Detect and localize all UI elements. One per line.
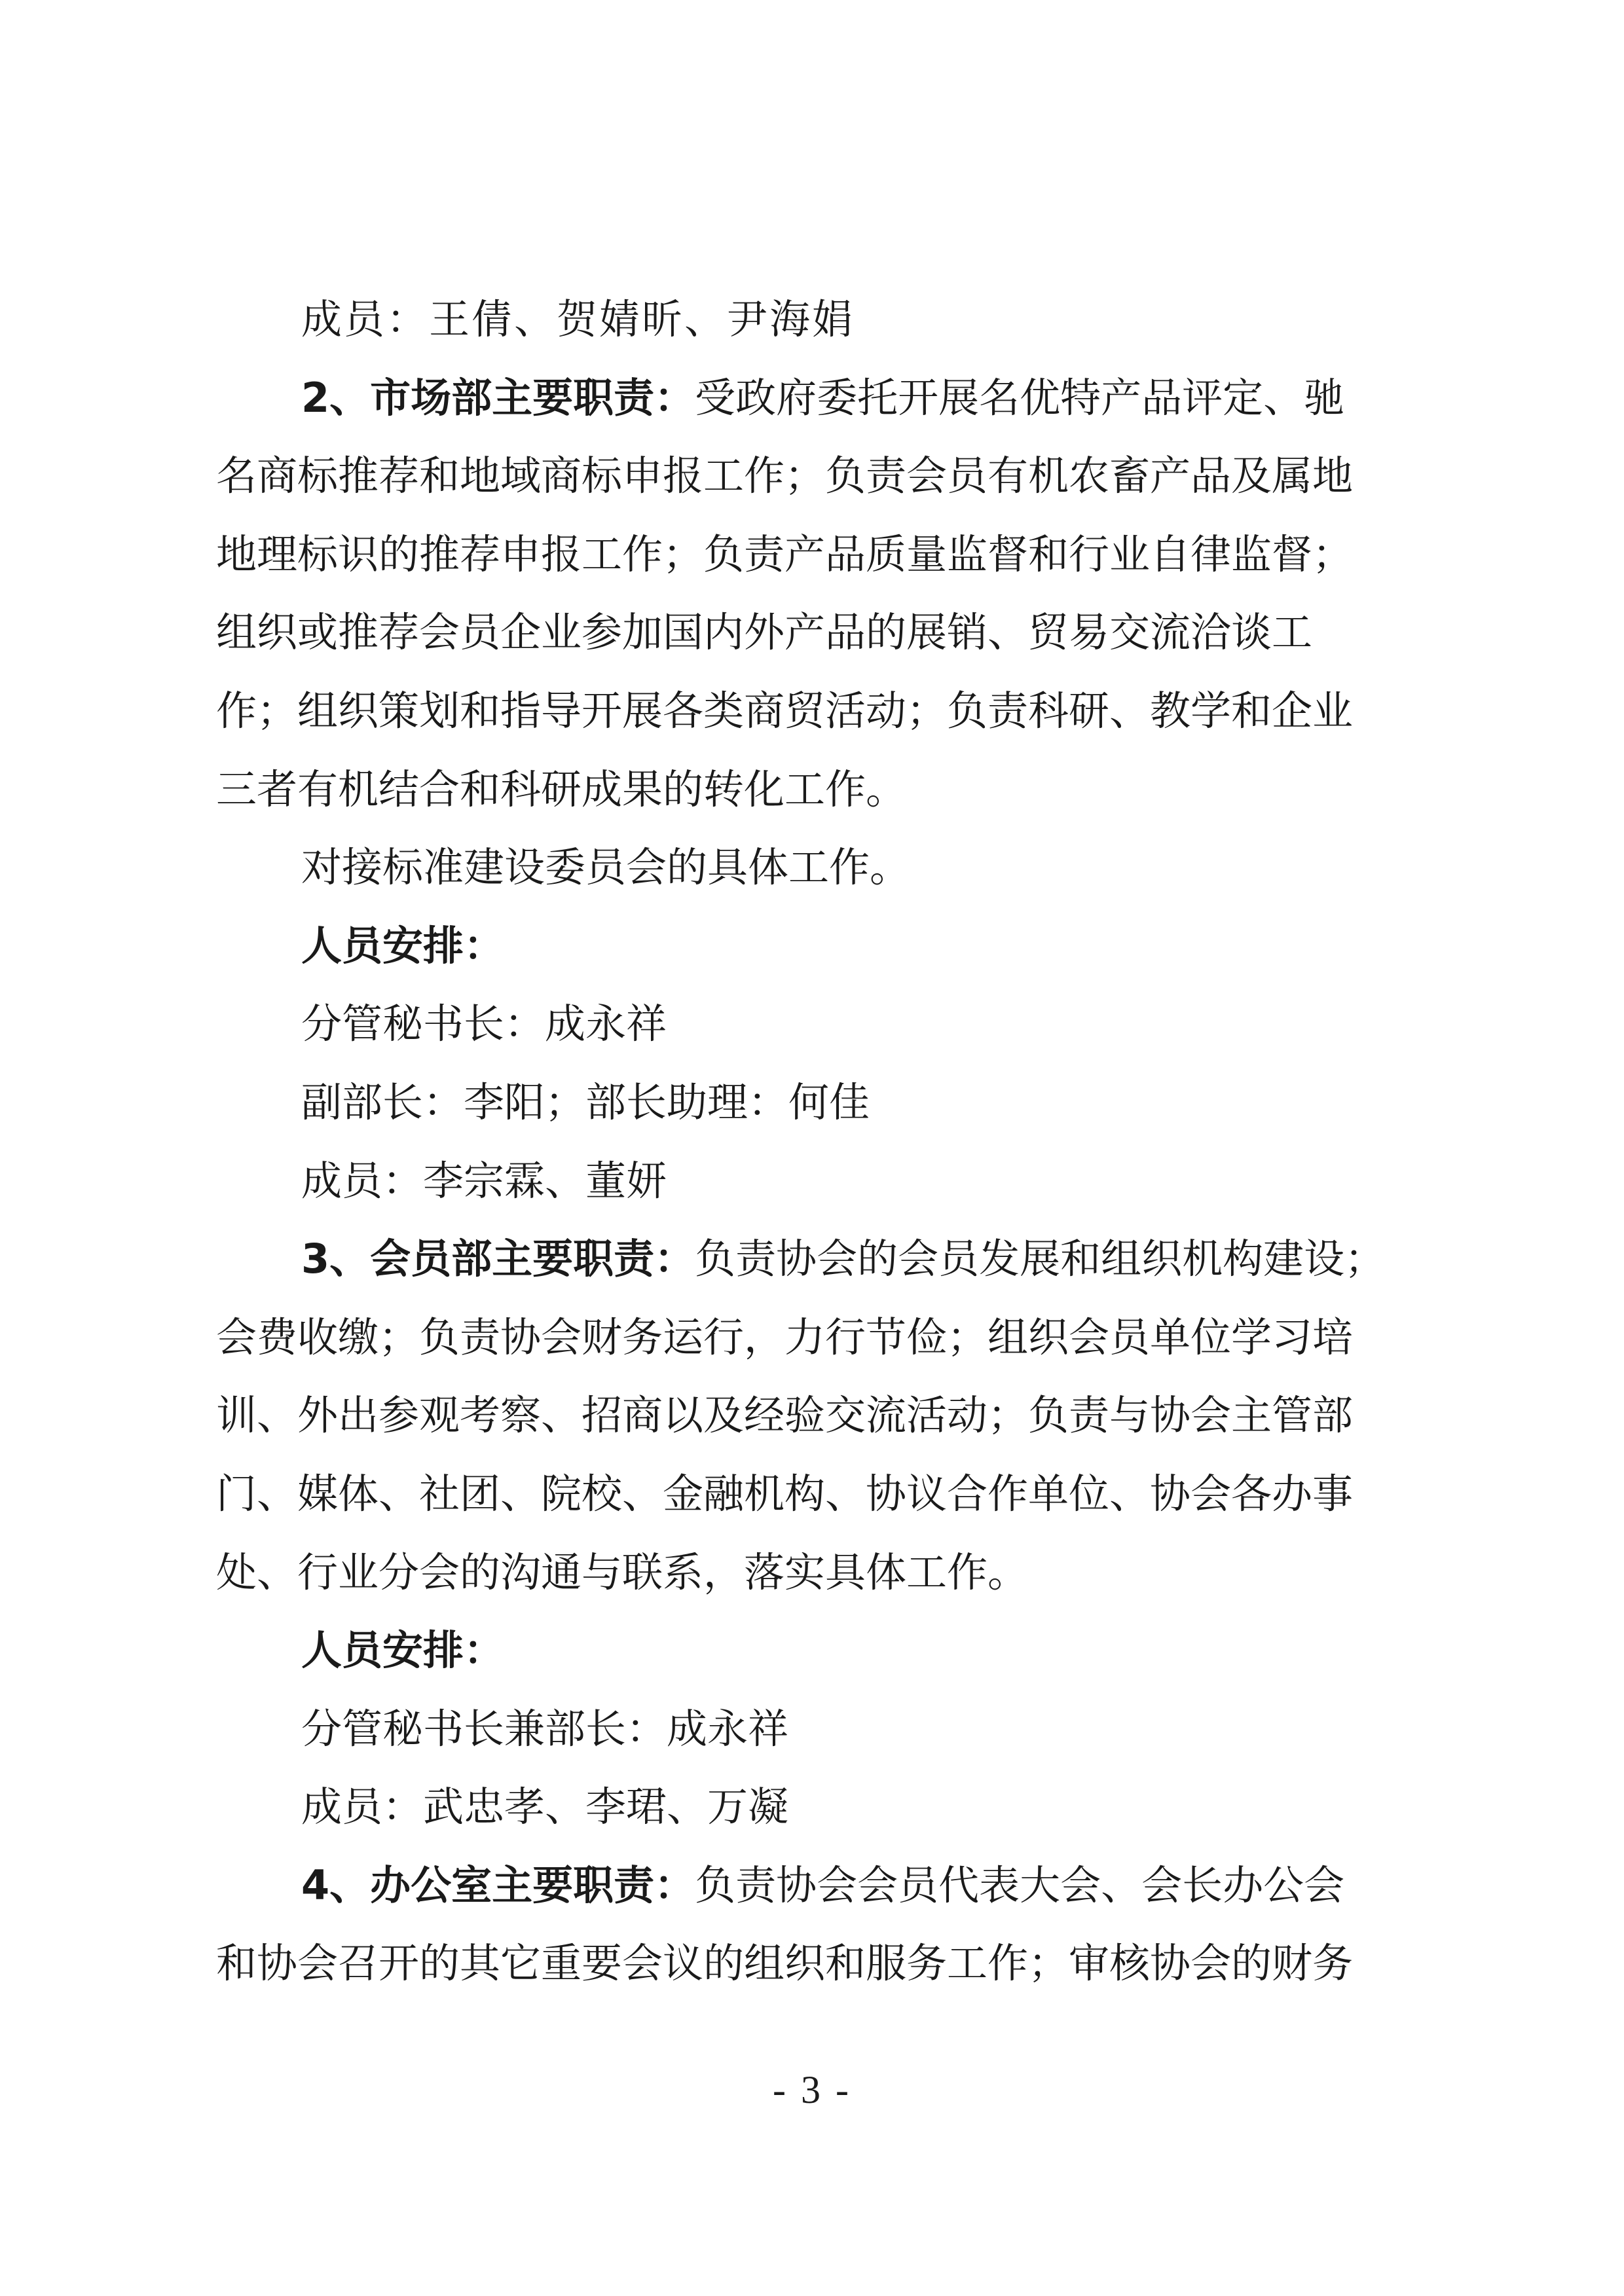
text-line: 成员：武忠孝、李珺、万凝 xyxy=(216,1768,1418,1846)
section-first-line: 3、会员部主要职责：负责协会的会员发展和组织机构建设； xyxy=(216,1220,1418,1298)
text-line: 会费收缴；负责协会财务运行，力行节俭；组织会员单位学习培 xyxy=(216,1298,1418,1377)
text-line: 受政府委托开展名优特产品评定、驰 xyxy=(695,374,1344,422)
document-body: 成员：王倩、贺婧昕、尹海娟 2、市场部主要职责：受政府委托开展名优特产品评定、驰… xyxy=(216,280,1418,2003)
section-first-line: 4、办公室主要职责：负责协会会员代表大会、会长办公会 xyxy=(216,1846,1418,1925)
members-line-office: 成员：王倩、贺婧昕、尹海娟 xyxy=(216,280,1418,359)
text-line: 和协会召开的其它重要会议的组织和服务工作；审核协会的财务 xyxy=(216,1924,1418,2003)
page-number: - 3 - xyxy=(0,2068,1624,2113)
section-heading: 2、市场部主要职责： xyxy=(301,374,695,422)
text-line: 名商标推荐和地域商标申报工作；负责会员有机农畜产品及属地 xyxy=(216,437,1418,515)
text-line: 地理标识的推荐申报工作；负责产品质量监督和行业自律监督； xyxy=(216,515,1418,594)
text-line: 组织或推荐会员企业参加国内外产品的展销、贸易交流洽谈工 xyxy=(216,593,1418,672)
document-page: 成员：王倩、贺婧昕、尹海娟 2、市场部主要职责：受政府委托开展名优特产品评定、驰… xyxy=(0,0,1624,2296)
text-line: 对接标准建设委员会的具体工作。 xyxy=(216,828,1418,907)
text-line: 训、外出参观考察、招商以及经验交流活动；负责与协会主管部 xyxy=(216,1376,1418,1455)
text-line: 成员：王倩、贺婧昕、尹海娟 xyxy=(216,280,1418,359)
text-line: 成员：李宗霖、董妍 xyxy=(216,1142,1418,1220)
text-line: 三者有机结合和科研成果的转化工作。 xyxy=(216,750,1418,829)
text-line: 分管秘书长兼部长：成永祥 xyxy=(216,1690,1418,1768)
text-line: 门、媒体、社团、院校、金融机构、协议合作单位、协会各办事 xyxy=(216,1455,1418,1533)
staffing-subheading: 人员安排： xyxy=(216,907,1418,985)
text-line: 处、行业分会的沟通与联系，落实具体工作。 xyxy=(216,1533,1418,1612)
section-heading: 3、会员部主要职责： xyxy=(301,1235,695,1283)
text-line: 分管秘书长：成永祥 xyxy=(216,985,1418,1063)
text-line: 作；组织策划和指导开展各类商贸活动；负责科研、教学和企业 xyxy=(216,672,1418,750)
section-first-line: 2、市场部主要职责：受政府委托开展名优特产品评定、驰 xyxy=(216,359,1418,437)
text-line: 负责协会的会员发展和组织机构建设； xyxy=(695,1235,1385,1283)
section-general-office: 4、办公室主要职责：负责协会会员代表大会、会长办公会 和协会召开的其它重要会议的… xyxy=(216,1846,1418,2003)
section-market-department: 2、市场部主要职责：受政府委托开展名优特产品评定、驰 名商标推荐和地域商标申报工… xyxy=(216,359,1418,829)
staffing-subheading: 人员安排： xyxy=(216,1611,1418,1690)
text-line: 负责协会会员代表大会、会长办公会 xyxy=(695,1861,1344,1909)
text-line: 副部长：李阳；部长助理：何佳 xyxy=(216,1063,1418,1142)
section-heading: 4、办公室主要职责： xyxy=(301,1861,695,1909)
section-membership-department: 3、会员部主要职责：负责协会的会员发展和组织机构建设； 会费收缴；负责协会财务运… xyxy=(216,1220,1418,1611)
